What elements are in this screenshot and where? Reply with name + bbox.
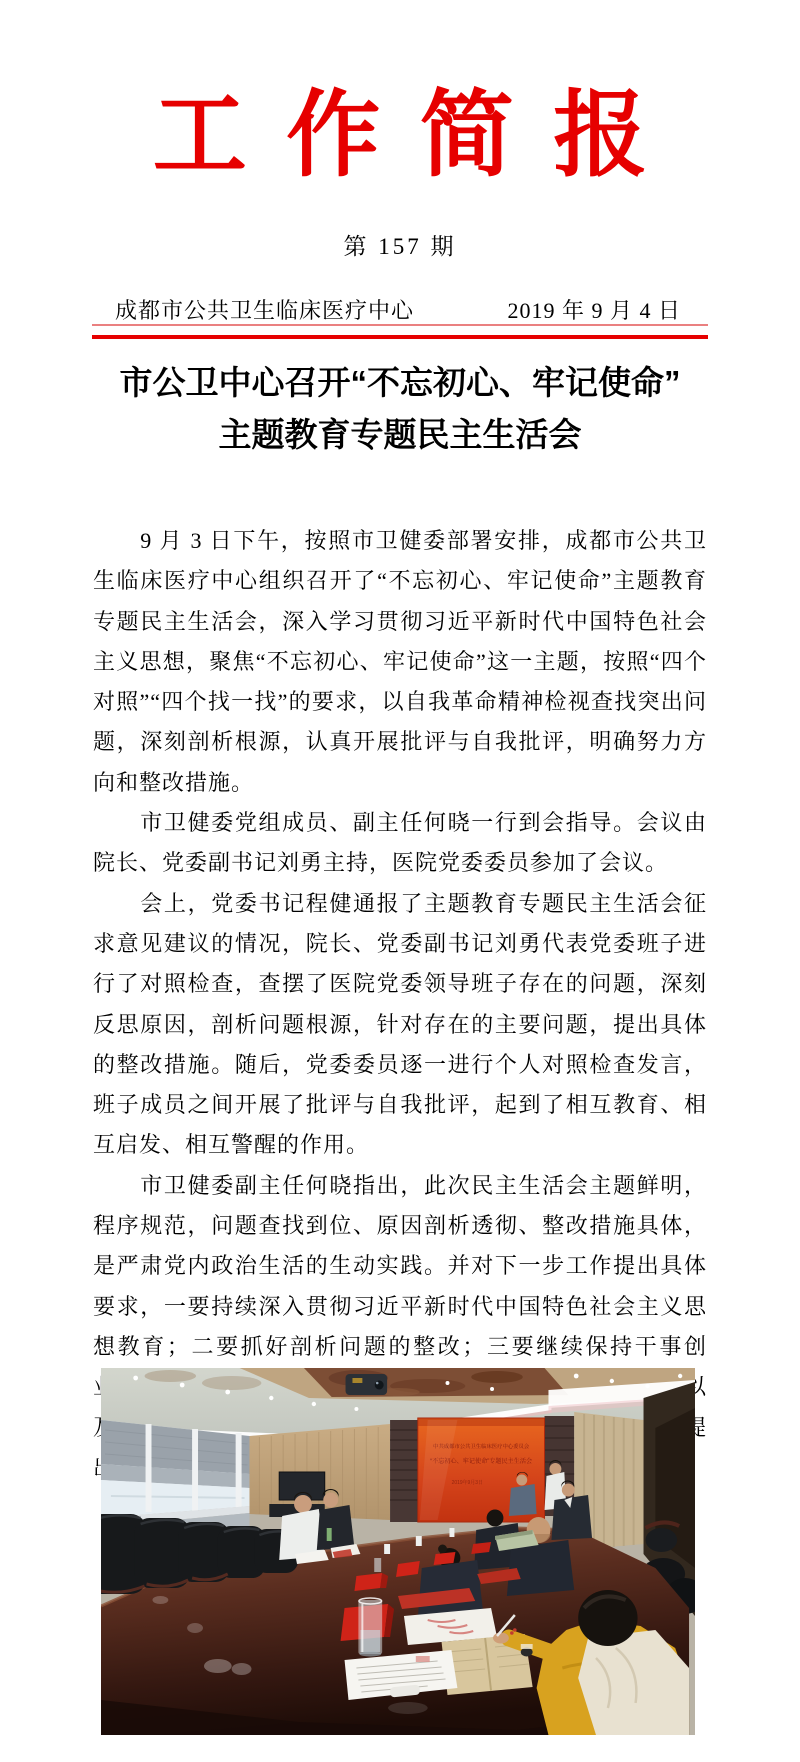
meeting-photo-illustration: 中共成都市公共卫生临床医疗中心委员会 “不忘初心、牢记使命”专题民主生活会 20… — [101, 1368, 695, 1735]
bulletin-header-row: 成都市公共卫生临床医疗中心 2019 年 9 月 4 日 — [93, 294, 707, 325]
article-paragraph: 9 月 3 日下午，按照市卫健委部署安排，成都市公共卫生临床医疗中心组织召开了“… — [93, 521, 707, 803]
header-rule-thin — [92, 324, 708, 326]
article-body: 9 月 3 日下午，按照市卫健委部署安排，成都市公共卫生临床医疗中心组织召开了“… — [93, 521, 707, 1488]
article-title: 市公卫中心召开“不忘初心、牢记使命” 主题教育专题民主生活会 — [0, 357, 800, 461]
bulletin-page: 工作简报 第 157 期 成都市公共卫生临床医疗中心 2019 年 9 月 4 … — [0, 0, 800, 1762]
article-title-line1: 市公卫中心召开“不忘初心、牢记使命” — [0, 357, 800, 409]
screen-text-line3: 2019年9月3日 — [452, 1479, 483, 1486]
article-paragraph: 会上，党委书记程健通报了主题教育专题民主生活会征求意见建议的情况，院长、党委副书… — [93, 884, 707, 1166]
organization-name: 成都市公共卫生临床医疗中心 — [115, 294, 414, 325]
meeting-photo: 中共成都市公共卫生临床医疗中心委员会 “不忘初心、牢记使命”专题民主生活会 20… — [101, 1368, 695, 1735]
bulletin-masthead-title: 工作简报 — [0, 84, 800, 187]
photo-wood-wall — [250, 1424, 391, 1520]
article-paragraph: 市卫健委党组成员、副主任何晓一行到会指导。会议由院长、党委副书记刘勇主持，医院党… — [93, 803, 707, 884]
water-glass — [358, 1598, 382, 1657]
issue-number: 第 157 期 — [0, 228, 800, 261]
issue-date: 2019 年 9 月 4 日 — [507, 294, 681, 325]
article-title-line2: 主题教育专题民主生活会 — [0, 409, 800, 461]
projector — [346, 1374, 388, 1395]
header-rule-thick — [92, 335, 708, 339]
